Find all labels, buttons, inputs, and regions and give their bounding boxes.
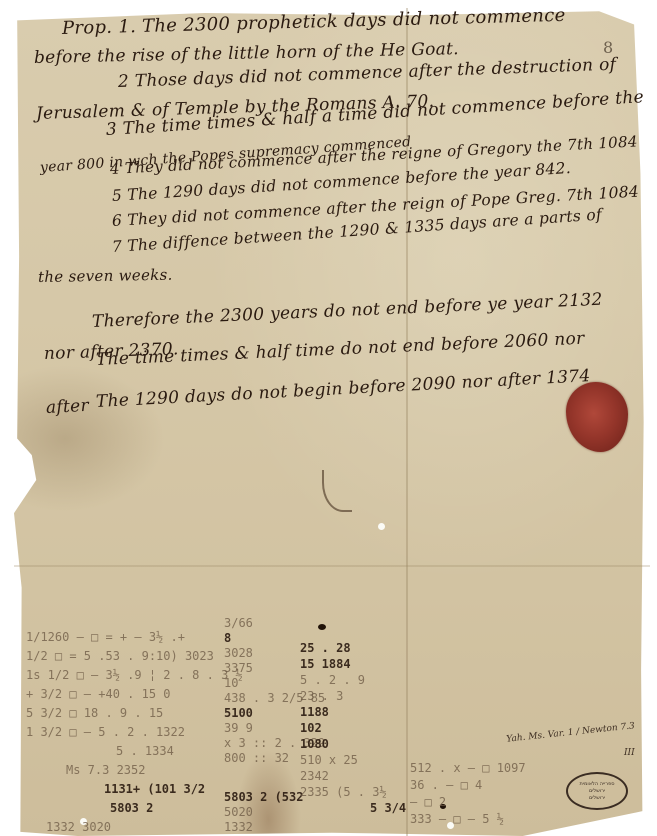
conclusion-after: after: [45, 396, 89, 418]
archive-folio: III: [624, 748, 635, 758]
library-stamp: ספרייה הלאומית ירושלים ירושלים: [566, 772, 628, 810]
proposition-7-line-2: the seven weeks.: [38, 266, 173, 286]
calculations-far-right: 512 . x — □ 1097 36 . — □ 4 — □ 2 333 — …: [410, 760, 526, 828]
vertical-fold-crease: [406, 8, 408, 836]
calculations-right: 25 . 28 15 1884 5 . 2 . 9 23 . 3 1188 10…: [300, 640, 406, 816]
calculations-left: 1/1260 — □ = + — 3½ .+ 1/2 □ = 5 .53 . 9…: [26, 628, 243, 836]
horizontal-fold-crease: [14, 565, 650, 567]
paper-hole: [378, 523, 385, 530]
